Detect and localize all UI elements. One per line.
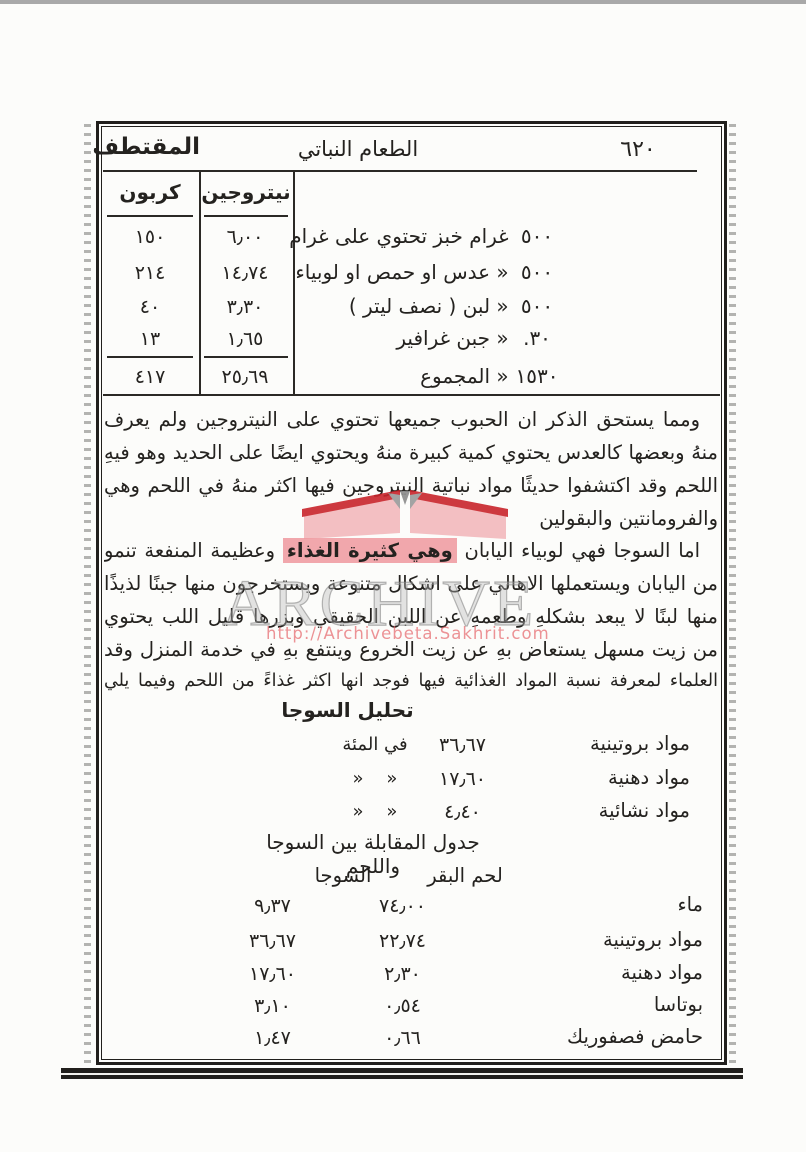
page-number: ٦٢٠ [606, 137, 670, 162]
beef-value: ٢٢٫٧٤ [355, 930, 450, 952]
beef-value: ٧٤٫٠٠ [355, 895, 450, 917]
amount: ٥٠٠ [515, 260, 559, 284]
nitrogen-value: ٣٫٣٠ [199, 296, 291, 318]
magazine-name: المقتطف [110, 134, 200, 160]
nitrogen-header-underline [204, 215, 288, 217]
left-binding-speckle [84, 124, 91, 1070]
food-description: « جبن غرافير [396, 326, 508, 350]
comparison-label: مواد دهنية [553, 961, 703, 984]
soja-analysis-heading: تحليل السوجا [270, 698, 425, 722]
beef-value: ٠٫٦٦ [355, 1027, 450, 1049]
column-header-carbon: كربون [103, 180, 197, 204]
paragraph2-line: العلماء لمعرفة نسبة المواد الغذائية فيها… [104, 666, 718, 699]
amount: ٥٠٠ [515, 294, 559, 318]
analysis-unit: « « [330, 768, 420, 789]
nitrogen-total: ٢٥٫٦٩ [199, 366, 291, 388]
analysis-value: ٤٫٤٠ [415, 801, 510, 823]
soja-value: ١٫٤٧ [225, 1027, 320, 1049]
food-description: « المجموع [420, 364, 509, 388]
amount: ٣٠. [515, 326, 559, 350]
carbon-total: ٤١٧ [103, 366, 197, 388]
amount: ٥٠٠ [515, 224, 559, 248]
analysis-label: مواد بروتينية [556, 732, 690, 755]
comparison-label: حامض فصفوريك [553, 1025, 703, 1048]
column-header-beef: لحم البقر [413, 864, 517, 887]
scanned-magazine-page: المقتطف الطعام النباتي ٦٢٠ كربون نيتروجي… [0, 0, 806, 1152]
food-row-lentils: ٥٠٠ « عدس او حمص او لوبياء [295, 260, 723, 284]
table-bottom-rule [103, 394, 720, 396]
paragraph1-line: ومما يستحق الذكر ان الحبوب جميعها تحتوي … [104, 405, 718, 438]
soja-value: ٩٫٣٧ [225, 895, 320, 917]
soja-value: ١٧٫٦٠ [225, 963, 320, 985]
comparison-label: مواد بروتينية [553, 928, 703, 951]
carbon-total-line [107, 356, 193, 358]
nitrogen-value: ١٫٦٥ [199, 328, 291, 350]
food-row-bread: ٥٠٠ غرام خبز تحتوي على غرام [295, 224, 723, 248]
analysis-unit: « « [330, 801, 420, 822]
carbon-value: ٢١٤ [103, 262, 197, 284]
amount: ١٥٣٠ [515, 364, 559, 388]
analysis-unit: في المئة [330, 734, 420, 755]
food-row-cheese: ٣٠. « جبن غرافير [295, 326, 723, 350]
analysis-value: ١٧٫٦٠ [415, 768, 510, 790]
column-header-soja: السوجا [293, 864, 393, 887]
paragraph1-line: منهُ وبعضها كالعدس يحتوي كمية كبيرة منهُ… [104, 438, 718, 471]
paragraph2-line-highlighted: اما السوجا فهي لوبياء اليابان وهي كثيرة … [104, 536, 718, 569]
nitrogen-total-line [204, 356, 288, 358]
carbon-value: ١٥٠ [103, 226, 197, 248]
nitrogen-value: ١٤٫٧٤ [199, 262, 291, 284]
analysis-label: مواد دهنية [556, 766, 690, 789]
header-rule [103, 170, 697, 172]
column-header-nitrogen: نيتروجين [201, 180, 291, 204]
food-row-milk: ٥٠٠ « لبن ( نصف ليتر ) [295, 294, 723, 318]
right-binding-speckle [729, 124, 736, 1070]
beef-value: ٢٫٣٠ [355, 963, 450, 985]
carbon-value: ١٣ [103, 328, 197, 350]
analysis-value: ٣٦٫٦٧ [415, 734, 510, 756]
food-description: « لبن ( نصف ليتر ) [349, 294, 509, 318]
beef-value: ٠٫٥٤ [355, 995, 450, 1017]
carbon-value: ٤٠ [103, 296, 197, 318]
food-row-total: ١٥٣٠ « المجموع [295, 364, 723, 388]
comparison-label: بوتاسا [553, 993, 703, 1016]
watermark-url-text: http://Archivebeta.Sakhrit.com [266, 624, 550, 643]
analysis-label: مواد نشائية [556, 799, 690, 822]
archive-book-logo-watermark [300, 489, 510, 541]
page-bottom-rule [61, 1068, 743, 1079]
page-title: الطعام النباتي [288, 137, 428, 161]
nitrogen-value: ٦٫٠٠ [199, 226, 291, 248]
comparison-label: ماء [553, 893, 703, 916]
food-description: « عدس او حمص او لوبياء [295, 260, 508, 284]
highlighted-phrase: وهي كثيرة الغذاء [283, 538, 457, 563]
soja-value: ٣٦٫٦٧ [225, 930, 320, 952]
paragraph2-text: اما السوجا فهي لوبياء اليابان [465, 539, 701, 562]
scan-top-strip [0, 0, 806, 4]
food-description: غرام خبز تحتوي على غرام [289, 224, 508, 248]
soja-value: ٣٫١٠ [225, 995, 320, 1017]
carbon-header-underline [107, 215, 193, 217]
